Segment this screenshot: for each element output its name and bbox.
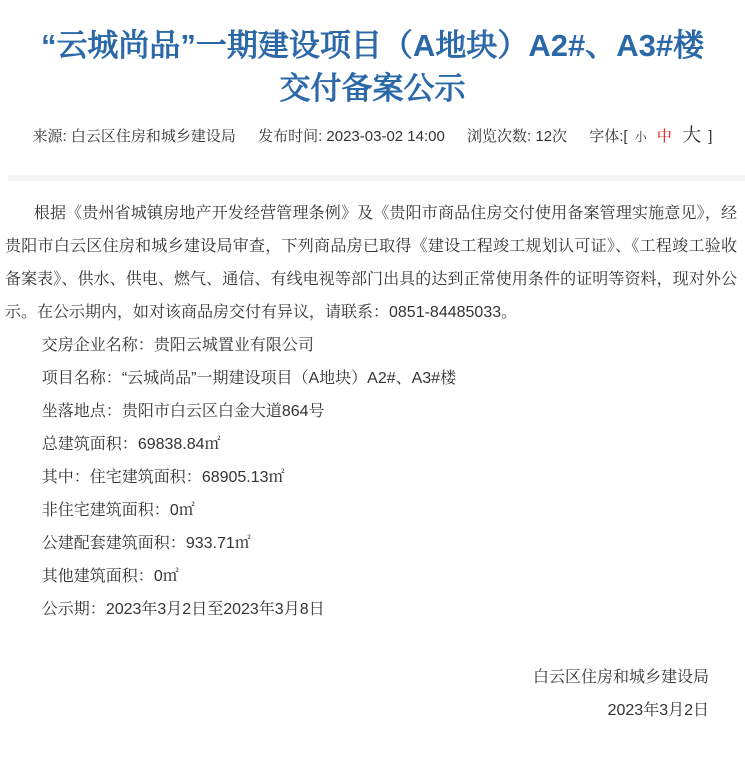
fontsize-small-button[interactable]: 小 [635, 126, 647, 148]
field-label: 其中：住宅建筑面积： [42, 469, 202, 486]
field-label: 公建配套建筑面积： [42, 535, 186, 552]
field-label: 交房企业名称： [42, 337, 154, 354]
field-label: 坐落地点： [42, 403, 122, 420]
field-row-project-name: 项目名称：“云城尚品”一期建设项目（A地块）A2#、A3#楼 [5, 362, 737, 395]
field-value: 69838.84㎡ [138, 436, 221, 453]
page-title-line2: 交付备案公示 [280, 71, 466, 106]
fontsize-medium-button[interactable]: 中 [657, 126, 672, 148]
field-value: 贵阳云城置业有限公司 [154, 337, 314, 354]
source-label: 来源: [33, 128, 67, 145]
section-divider [8, 175, 745, 181]
article-body: 根据《贵州省城镇房地产开发经营管理条例》及《贵阳市商品住房交付使用备案管理实施意… [5, 197, 737, 626]
field-row-company: 交房企业名称：贵阳云城置业有限公司 [5, 329, 737, 362]
fontsize-control: 字体:[ 小 中 大 ] [589, 128, 712, 145]
meta-bar: 来源: 白云区住房和城乡建设局 发布时间: 2023-03-02 14:00 浏… [0, 125, 745, 148]
announcement-page: “云城尚品”一期建设项目（A地块）A2#、A3#楼 交付备案公示 来源: 白云区… [0, 0, 745, 766]
field-value: “云城尚品”一期建设项目（A地块）A2#、A3#楼 [122, 370, 456, 387]
announcement-paragraph: 根据《贵州省城镇房地产开发经营管理条例》及《贵阳市商品住房交付使用备案管理实施意… [5, 197, 737, 329]
field-value: 68905.13㎡ [202, 469, 285, 486]
field-label: 公示期： [42, 601, 106, 618]
fontsize-large-button[interactable]: 大 [682, 125, 701, 147]
field-label: 项目名称： [42, 370, 122, 387]
signature-block: 白云区住房和城乡建设局 2023年3月2日 [0, 661, 745, 727]
field-label: 其他建筑面积： [42, 568, 154, 585]
signature-date: 2023年3月2日 [0, 694, 709, 727]
field-row-location: 坐落地点：贵阳市白云区白金大道864号 [5, 395, 737, 428]
meta-source: 来源: 白云区住房和城乡建设局 [33, 128, 241, 145]
meta-publish-time: 发布时间: 2023-03-02 14:00 [258, 128, 449, 145]
page-title: “云城尚品”一期建设项目（A地块）A2#、A3#楼 交付备案公示 [12, 24, 733, 110]
field-row-other-area: 其他建筑面积：0㎡ [5, 560, 737, 593]
view-count-value: 12次 [535, 128, 567, 145]
field-value: 2023年3月2日至2023年3月8日 [106, 601, 325, 618]
meta-view-count: 浏览次数: 12次 [467, 128, 571, 145]
page-title-line1: “云城尚品”一期建设项目（A地块）A2#、A3#楼 [41, 28, 704, 63]
field-row-publicity-period: 公示期：2023年3月2日至2023年3月8日 [5, 593, 737, 626]
publish-time-value: 2023-03-02 14:00 [326, 128, 444, 145]
signature-org: 白云区住房和城乡建设局 [0, 661, 709, 694]
field-label: 总建筑面积： [42, 436, 138, 453]
source-value: 白云区住房和城乡建设局 [71, 128, 236, 145]
fontsize-bracket-close: ] [708, 128, 712, 145]
field-row-residential-area: 其中：住宅建筑面积：68905.13㎡ [5, 461, 737, 494]
fontsize-label: 字体:[ [589, 128, 627, 145]
field-label: 非住宅建筑面积： [42, 502, 170, 519]
field-value: 0㎡ [170, 502, 195, 519]
view-count-label: 浏览次数: [467, 128, 531, 145]
field-value: 933.71㎡ [186, 535, 251, 552]
field-row-nonresidential-area: 非住宅建筑面积：0㎡ [5, 494, 737, 527]
field-row-total-area: 总建筑面积：69838.84㎡ [5, 428, 737, 461]
field-value: 贵阳市白云区白金大道864号 [122, 403, 325, 420]
field-value: 0㎡ [154, 568, 179, 585]
field-row-public-facility-area: 公建配套建筑面积：933.71㎡ [5, 527, 737, 560]
publish-time-label: 发布时间: [258, 128, 322, 145]
